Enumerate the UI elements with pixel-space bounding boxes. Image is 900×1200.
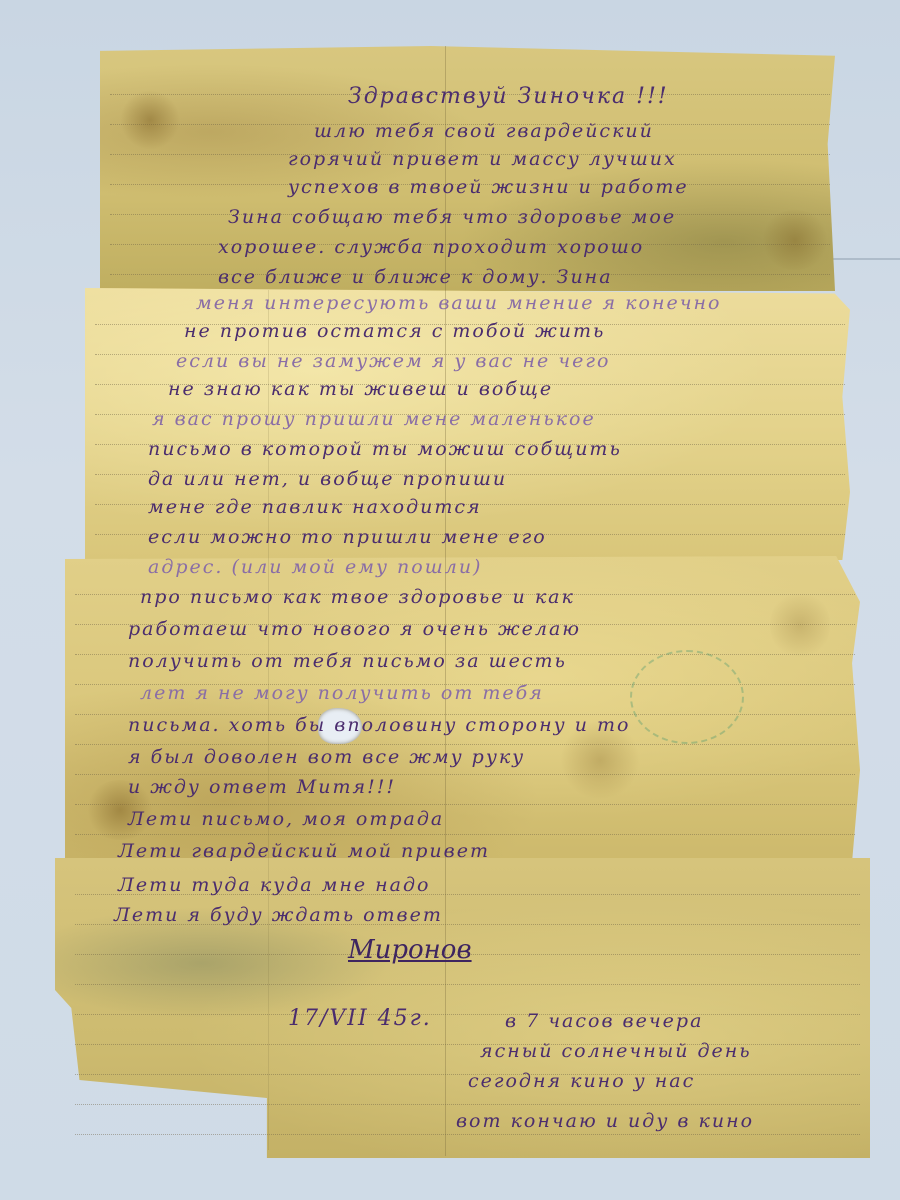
stain xyxy=(120,90,180,150)
postscript-line: вот кончаю и иду в кино xyxy=(456,1110,754,1132)
ruled-line xyxy=(75,804,855,805)
greeting: Здравствуй Зиночка !!! xyxy=(348,84,669,109)
letter-line: да или нет, и вобще пропиши xyxy=(148,468,507,490)
letter-line: не против остатся с тобой жить xyxy=(184,320,605,342)
letter-line: если вы не замужем я у вас не чего xyxy=(176,350,610,372)
ruled-line xyxy=(75,1134,860,1135)
poem-line: Лети письмо, моя отрада xyxy=(128,808,444,830)
ruled-line xyxy=(75,834,855,835)
signature: Миронов xyxy=(348,935,472,965)
letter-line: горячий привет и массу лучших xyxy=(288,148,677,170)
ruled-line xyxy=(75,1014,860,1015)
ruled-line xyxy=(75,774,855,775)
letter-line: я вас прошу пришли мене маленькое xyxy=(152,408,596,430)
ruled-line xyxy=(75,984,860,985)
stain xyxy=(760,210,830,270)
letter-line: получить от тебя письмо за шесть xyxy=(128,650,567,672)
poem-line: Лети я буду ждать ответ xyxy=(114,904,443,926)
letter-line: работаеш что нового я очень желаю xyxy=(128,618,581,640)
postscript-line: ясный солнечный день xyxy=(480,1040,752,1062)
letter-line: я был доволен вот все жму руку xyxy=(128,746,525,768)
postscript-line: сегодня кино у нас xyxy=(468,1070,695,1092)
poem-line: Лети туда куда мне надо xyxy=(118,874,431,896)
letter-line: мене где павлик находится xyxy=(148,496,482,518)
letter-line: хорошее. служба проходит хорошо xyxy=(218,236,644,258)
letter-line: все ближе и ближе к дому. Зина xyxy=(218,266,613,288)
letter-line: лет я не могу получить от тебя xyxy=(140,682,544,704)
letter-line: адрес. (или мой ему пошли) xyxy=(148,556,482,578)
letter: Здравствуй Зиночка !!! шлю тебя свой гва… xyxy=(0,0,900,1200)
letter-line: Зина собщаю тебя что здоровье мое xyxy=(228,206,676,228)
ruled-line xyxy=(75,1104,860,1105)
letter-line: если можно то пришли мене его xyxy=(148,526,547,548)
ruled-line xyxy=(75,744,855,745)
letter-line: и жду ответ Митя!!! xyxy=(128,776,396,798)
letter-line: про письмо как твое здоровье и как xyxy=(140,586,575,608)
letter-line: успехов в твоей жизни и работе xyxy=(288,176,689,198)
letter-line: письмо в которой ты можиш собщить xyxy=(148,438,622,460)
letter-line: не знаю как ты живеш и вобще xyxy=(168,378,553,400)
letter-line: письма. хоть бы вполовину сторону и то xyxy=(128,714,630,736)
postscript-line: в 7 часов вечера xyxy=(505,1010,703,1032)
poem-line: Лети гвардейский мой привет xyxy=(118,840,490,862)
letter-line: меня интересують ваши мнение я конечно xyxy=(196,292,722,314)
date: 17/VII 45г. xyxy=(288,1006,432,1031)
faded-stamp xyxy=(630,650,744,744)
stain xyxy=(770,590,830,660)
letter-line: шлю тебя свой гвардейский xyxy=(314,120,654,142)
